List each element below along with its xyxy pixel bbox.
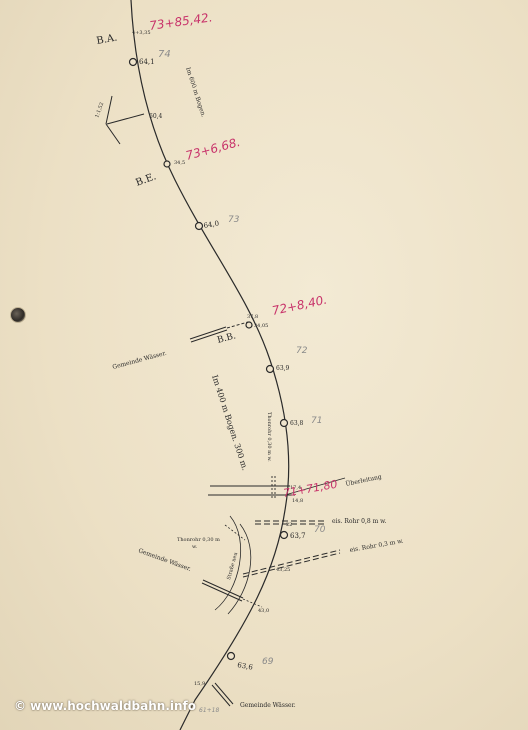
track-alignment-line — [131, 0, 289, 730]
pencil-74: 74 — [158, 49, 171, 60]
rohr-1: eis. Rohr 0,8 m w. — [332, 518, 387, 525]
rohr-2: eis. Rohr 0,3 m w. — [349, 538, 404, 554]
small-15-9: 15,9 — [194, 681, 205, 687]
thonrohr-left: Thonrohr 0,30 m — [177, 537, 220, 543]
marker-63-7: 63,7 — [290, 532, 306, 540]
station-red-4: 71+71,80 — [282, 478, 338, 500]
pencil-72: 72 — [296, 346, 308, 356]
label-BE: B.E. — [134, 171, 158, 189]
pencil-69: 69 — [262, 657, 274, 667]
strasse: Straße neu — [226, 551, 239, 580]
curve-top-label: Im 600 m Bogen. — [184, 66, 207, 118]
marker-63-8: 63,8 — [290, 420, 304, 427]
small-BE: 34,5 — [174, 160, 185, 166]
station-marker — [130, 59, 137, 66]
thonrohr-left-2: w. — [192, 544, 198, 550]
pencil-73: 73 — [228, 215, 240, 225]
station-marker — [196, 223, 203, 230]
station-marker — [164, 161, 170, 167]
small-BB-2: 34,05 — [254, 323, 268, 329]
pencil-71: 71 — [311, 416, 322, 426]
marker-63-6: 63,6 — [237, 661, 254, 672]
offset-60-4: 60,4 — [149, 113, 163, 120]
station-red-3: 72+8,40. — [271, 293, 329, 318]
ueberleitung: Überleitung — [345, 473, 382, 488]
marker-63-9: 63,9 — [276, 365, 290, 372]
gemeinde-3: Gemeinde Wässer. — [240, 702, 296, 709]
offset-line — [106, 96, 144, 144]
marker-64-1: 64,1 — [139, 58, 155, 66]
gemeinde-2: Gemeinde Wässer. — [137, 547, 192, 573]
station-red-1: 73+85,42. — [148, 10, 213, 33]
small-BA: 4+3,35 — [132, 30, 151, 36]
watermark: © www.hochwaldbahn.info — [14, 699, 196, 713]
small-BB: 37,8 — [247, 314, 258, 320]
pencil-61-18: 61+18 — [199, 707, 219, 714]
small-22: 22 — [286, 522, 292, 528]
station-marker — [246, 322, 252, 328]
side-ratio: 1:1,52 — [94, 102, 105, 119]
small-43-0: 43,0 — [258, 608, 269, 614]
thonrohr-top: Thonrohr 0,30 m w. — [266, 412, 272, 462]
small-43-25: 43,25 — [276, 567, 290, 573]
station-marker — [228, 653, 235, 660]
station-red-2: 73+6,68. — [184, 135, 242, 163]
label-BA: B.A. — [96, 32, 119, 46]
marker-64-0: 64,0 — [203, 219, 220, 230]
gemeinde-1: Gemeinde Wässer. — [112, 350, 168, 371]
alignment-drawing: B.A. 4+3,35 73+85,42. 64,1 74 Im 600 m B… — [0, 0, 528, 730]
label-BB: B.B. — [216, 331, 237, 346]
station-marker — [281, 420, 288, 427]
pencil-70: 70 — [314, 525, 326, 535]
small-14-8: 14,8 — [292, 498, 303, 504]
station-marker — [281, 532, 288, 539]
curve-mid-label: Im 400 m Bogen. 300 m. — [210, 374, 249, 472]
station-marker — [267, 366, 274, 373]
